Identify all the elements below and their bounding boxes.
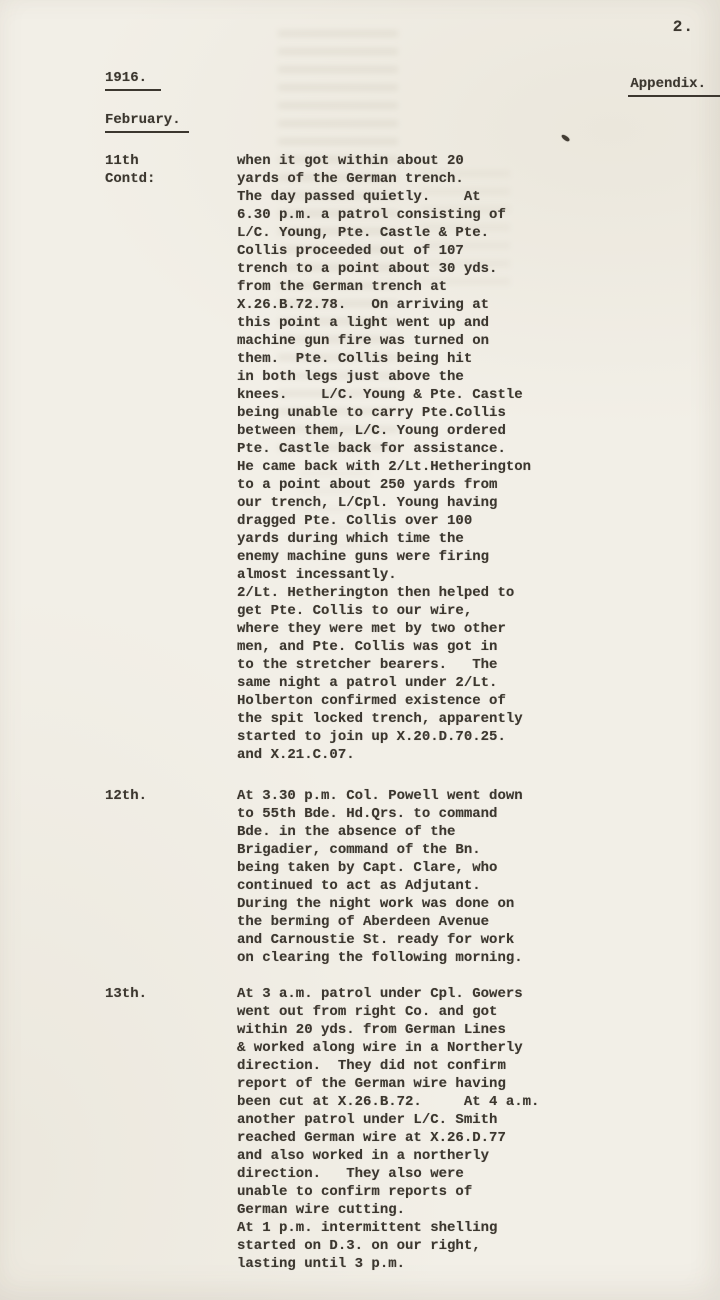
entry-text-line: started on D.3. on our right, bbox=[237, 1237, 720, 1255]
entry-text-line: direction. They did not confirm bbox=[237, 1057, 720, 1075]
entry-text-line: 2/Lt. Hetherington then helped to bbox=[237, 584, 720, 602]
entry-text-line: He came back with 2/Lt.Hetherington bbox=[237, 458, 720, 476]
entry-text-line: At 3.30 p.m. Col. Powell went down bbox=[237, 787, 720, 805]
entry-text-line: continued to act as Adjutant. bbox=[237, 877, 720, 895]
entry-body: At 3 a.m. patrol under Cpl. Gowerswent o… bbox=[237, 985, 720, 1273]
month-heading: February. bbox=[105, 112, 189, 133]
entry-text-line: another patrol under L/C. Smith bbox=[237, 1111, 720, 1129]
entry-text-line: being taken by Capt. Clare, who bbox=[237, 859, 720, 877]
entry-text-line: and Carnoustie St. ready for work bbox=[237, 931, 720, 949]
entry-date-column: 13th. bbox=[105, 985, 237, 1003]
diary-entry: 12th.At 3.30 p.m. Col. Powell went downt… bbox=[105, 787, 720, 967]
diary-page: 2. 1916. Appendix. February. 11thContd:w… bbox=[0, 0, 720, 1300]
entry-date-label: Contd: bbox=[105, 170, 237, 188]
entry-text-line: L/C. Young, Pte. Castle & Pte. bbox=[237, 224, 720, 242]
entry-text-line: men, and Pte. Collis was got in bbox=[237, 638, 720, 656]
entry-text-line: to 55th Bde. Hd.Qrs. to command bbox=[237, 805, 720, 823]
entry-text-line: Pte. Castle back for assistance. bbox=[237, 440, 720, 458]
entry-text-line: The day passed quietly. At bbox=[237, 188, 720, 206]
entry-text-line: machine gun fire was turned on bbox=[237, 332, 720, 350]
entry-text-line: to a point about 250 yards from bbox=[237, 476, 720, 494]
entry-text-line: X.26.B.72.78. On arriving at bbox=[237, 296, 720, 314]
entry-text-line: Brigadier, command of the Bn. bbox=[237, 841, 720, 859]
entries-container: 11thContd:when it got within about 20yar… bbox=[0, 152, 720, 1273]
entry-text-line: reached German wire at X.26.D.77 bbox=[237, 1129, 720, 1147]
entry-text-line: between them, L/C. Young ordered bbox=[237, 422, 720, 440]
entry-text-line: went out from right Co. and got bbox=[237, 1003, 720, 1021]
entry-text-line: lasting until 3 p.m. bbox=[237, 1255, 720, 1273]
entry-text-line: dragged Pte. Collis over 100 bbox=[237, 512, 720, 530]
entry-date-column: 11thContd: bbox=[105, 152, 237, 188]
entry-text-line: been cut at X.26.B.72. At 4 a.m. bbox=[237, 1093, 720, 1111]
entry-text-line: At 3 a.m. patrol under Cpl. Gowers bbox=[237, 985, 720, 1003]
page-number: 2. bbox=[673, 18, 694, 36]
entry-text-line: on clearing the following morning. bbox=[237, 949, 720, 967]
entry-text-line: trench to a point about 30 yds. bbox=[237, 260, 720, 278]
entry-text-line: to the stretcher bearers. The bbox=[237, 656, 720, 674]
entry-body: At 3.30 p.m. Col. Powell went downto 55t… bbox=[237, 787, 720, 967]
entry-text-line: where they were met by two other bbox=[237, 620, 720, 638]
entry-text-line: and also worked in a northerly bbox=[237, 1147, 720, 1165]
year-heading: 1916. bbox=[105, 70, 161, 91]
entry-text-line: started to join up X.20.D.70.25. bbox=[237, 728, 720, 746]
entry-date-label: 13th. bbox=[105, 985, 237, 1003]
entry-text-line: when it got within about 20 bbox=[237, 152, 720, 170]
entry-text-line: being unable to carry Pte.Collis bbox=[237, 404, 720, 422]
entry-text-line: knees. L/C. Young & Pte. Castle bbox=[237, 386, 720, 404]
entry-text-line: within 20 yds. from German Lines bbox=[237, 1021, 720, 1039]
appendix-heading: Appendix. bbox=[628, 76, 720, 97]
entry-date-label: 12th. bbox=[105, 787, 237, 805]
entry-text-line: report of the German wire having bbox=[237, 1075, 720, 1093]
entry-text-line: almost incessantly. bbox=[237, 566, 720, 584]
entry-text-line: same night a patrol under 2/Lt. bbox=[237, 674, 720, 692]
entry-text-line: unable to confirm reports of bbox=[237, 1183, 720, 1201]
entry-date-label: 11th bbox=[105, 152, 237, 170]
entry-text-line: our trench, L/Cpl. Young having bbox=[237, 494, 720, 512]
diary-entry: 11thContd:when it got within about 20yar… bbox=[105, 152, 720, 764]
entry-text-line: German wire cutting. bbox=[237, 1201, 720, 1219]
entry-text-line: Holberton confirmed existence of bbox=[237, 692, 720, 710]
ink-blot-mark bbox=[561, 134, 571, 143]
entry-text-line: At 1 p.m. intermittent shelling bbox=[237, 1219, 720, 1237]
entry-text-line: this point a light went up and bbox=[237, 314, 720, 332]
entry-text-line: from the German trench at bbox=[237, 278, 720, 296]
entry-date-column: 12th. bbox=[105, 787, 237, 805]
entry-body: when it got within about 20yards of the … bbox=[237, 152, 720, 764]
entry-text-line: Bde. in the absence of the bbox=[237, 823, 720, 841]
entry-text-line: yards during which time the bbox=[237, 530, 720, 548]
entry-text-line: & worked along wire in a Northerly bbox=[237, 1039, 720, 1057]
entry-text-line: enemy machine guns were firing bbox=[237, 548, 720, 566]
entry-text-line: and X.21.C.07. bbox=[237, 746, 720, 764]
diary-entry: 13th.At 3 a.m. patrol under Cpl. Gowersw… bbox=[105, 985, 720, 1273]
entry-text-line: them. Pte. Collis being hit bbox=[237, 350, 720, 368]
entry-text-line: get Pte. Collis to our wire, bbox=[237, 602, 720, 620]
entry-text-line: the spit locked trench, apparently bbox=[237, 710, 720, 728]
entry-text-line: yards of the German trench. bbox=[237, 170, 720, 188]
entry-text-line: During the night work was done on bbox=[237, 895, 720, 913]
entry-text-line: Collis proceeded out of 107 bbox=[237, 242, 720, 260]
entry-text-line: direction. They also were bbox=[237, 1165, 720, 1183]
entry-text-line: the berming of Aberdeen Avenue bbox=[237, 913, 720, 931]
entry-text-line: in both legs just above the bbox=[237, 368, 720, 386]
entry-text-line: 6.30 p.m. a patrol consisting of bbox=[237, 206, 720, 224]
